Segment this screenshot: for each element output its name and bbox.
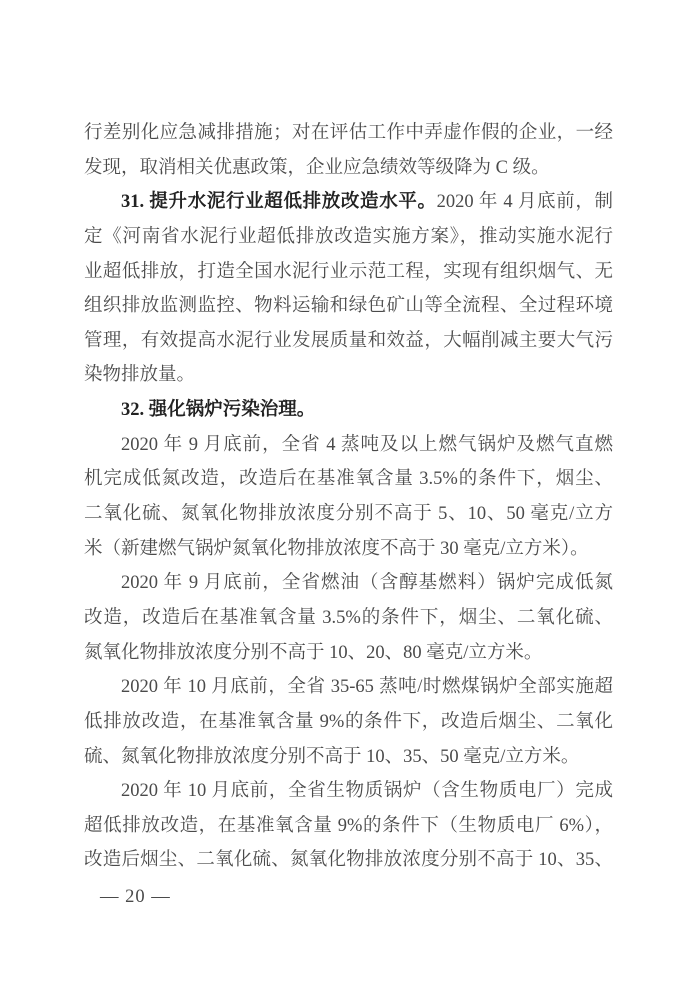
text-line-content: 管理，有效提高水泥行业发展质量和效益，大幅削减主要大气污 <box>84 331 613 351</box>
text-line-content: 2020 年 9 月底前，全省 4 蒸吨及以上燃气锅炉及燃气直燃 <box>121 435 613 455</box>
text-line-content: 行差别化应急减排措施；对在评估工作中弄虚作假的企业，一经 <box>84 123 613 143</box>
text-line-17: 2020 年 10 月底前，全省 35-65 蒸吨/时燃煤锅炉全部实施超 <box>84 670 613 705</box>
text-line-19: 硫、氮氧化物排放浓度分别不高于 10、35、50 毫克/立方米。 <box>84 740 613 775</box>
text-line-content: 染物排放量。 <box>84 365 195 385</box>
text-line-14: 2020 年 9 月底前，全省燃油（含醇基燃料）锅炉完成低氮 <box>84 566 613 601</box>
text-line-6: 组织排放监测监控、物料运输和绿色矿山等全流程、全过程环境 <box>84 289 613 324</box>
footer-page-number: — 20 — <box>100 886 171 908</box>
text-line-5: 业超低排放，打造全国水泥行业示范工程，实现有组织烟气、无 <box>84 255 613 290</box>
text-line-8: 染物排放量。 <box>84 358 613 393</box>
text-line-content: 2020 年 9 月底前，全省燃油（含醇基燃料）锅炉完成低氮 <box>121 573 613 593</box>
text-line-13: 米（新建燃气锅炉氮氧化物排放浓度不高于 30 毫克/立方米）。 <box>84 532 613 567</box>
section-heading: 31. 提升水泥行业超低排放改造水平。 <box>121 192 437 212</box>
document-text-block: 行差别化应急减排措施；对在评估工作中弄虚作假的企业，一经发现，取消相关优惠政策，… <box>84 116 613 878</box>
text-line-18: 低排放改造，在基准氧含量 9%的条件下，改造后烟尘、二氧化 <box>84 705 613 740</box>
text-line-content: 发现，取消相关优惠政策，企业应急绩效等级降为 C 级。 <box>84 158 550 178</box>
text-line-15: 改造，改造后在基准氧含量 3.5%的条件下，烟尘、二氧化硫、 <box>84 601 613 636</box>
text-line-content: 2020 年 10 月底前，全省生物质锅炉（含生物质电厂）完成 <box>121 781 613 801</box>
text-line-22: 改造后烟尘、二氧化硫、氮氧化物排放浓度分别不高于 10、35、 <box>84 843 613 878</box>
text-line-7: 管理，有效提高水泥行业发展质量和效益，大幅削减主要大气污 <box>84 324 613 359</box>
text-line-content: 超低排放改造，在基准氧含量 9%的条件下（生物质电厂 6%）， <box>84 816 613 836</box>
text-line-content: 硫、氮氧化物排放浓度分别不高于 10、35、50 毫克/立方米。 <box>84 747 579 767</box>
text-line-content: 低排放改造，在基准氧含量 9%的条件下，改造后烟尘、二氧化 <box>84 712 613 732</box>
text-line-9: 32. 强化锅炉污染治理。 <box>84 393 613 428</box>
text-line-10: 2020 年 9 月底前，全省 4 蒸吨及以上燃气锅炉及燃气直燃 <box>84 428 613 463</box>
text-line-1: 行差别化应急减排措施；对在评估工作中弄虚作假的企业，一经 <box>84 116 613 151</box>
text-line-20: 2020 年 10 月底前，全省生物质锅炉（含生物质电厂）完成 <box>84 774 613 809</box>
text-line-content: 氮氧化物排放浓度分别不高于 10、20、80 毫克/立方米。 <box>84 643 542 663</box>
text-line-3: 31. 提升水泥行业超低排放改造水平。2020 年 4 月底前，制 <box>84 185 613 220</box>
text-line-content: 改造后烟尘、二氧化硫、氮氧化物排放浓度分别不高于 10、35、 <box>84 850 613 870</box>
text-line-content: 2020 年 10 月底前，全省 35-65 蒸吨/时燃煤锅炉全部实施超 <box>121 677 613 697</box>
text-line-4: 定《河南省水泥行业超低排放改造实施方案》，推动实施水泥行 <box>84 220 613 255</box>
text-line-content: 组织排放监测监控、物料运输和绿色矿山等全流程、全过程环境 <box>84 296 613 316</box>
text-line-content: 二氧化硫、氮氧化物排放浓度分别不高于 5、10、50 毫克/立方 <box>84 504 613 524</box>
text-line-content: 米（新建燃气锅炉氮氧化物排放浓度不高于 30 毫克/立方米）。 <box>84 539 589 559</box>
text-line-content: 2020 年 4 月底前，制 <box>437 192 613 212</box>
text-line-2: 发现，取消相关优惠政策，企业应急绩效等级降为 C 级。 <box>84 151 613 186</box>
text-line-21: 超低排放改造，在基准氧含量 9%的条件下（生物质电厂 6%）， <box>84 809 613 844</box>
text-line-content: 定《河南省水泥行业超低排放改造实施方案》，推动实施水泥行 <box>84 227 613 247</box>
text-line-16: 氮氧化物排放浓度分别不高于 10、20、80 毫克/立方米。 <box>84 636 613 671</box>
section-heading: 32. 强化锅炉污染治理。 <box>121 400 315 420</box>
text-line-12: 二氧化硫、氮氧化物排放浓度分别不高于 5、10、50 毫克/立方 <box>84 497 613 532</box>
document-page: 行差别化应急减排措施；对在评估工作中弄虚作假的企业，一经发现，取消相关优惠政策，… <box>0 0 700 989</box>
text-line-11: 机完成低氮改造，改造后在基准氧含量 3.5%的条件下，烟尘、 <box>84 462 613 497</box>
text-line-content: 机完成低氮改造，改造后在基准氧含量 3.5%的条件下，烟尘、 <box>84 469 613 489</box>
text-line-content: 改造，改造后在基准氧含量 3.5%的条件下，烟尘、二氧化硫、 <box>84 608 613 628</box>
text-line-content: 业超低排放，打造全国水泥行业示范工程，实现有组织烟气、无 <box>84 262 613 282</box>
